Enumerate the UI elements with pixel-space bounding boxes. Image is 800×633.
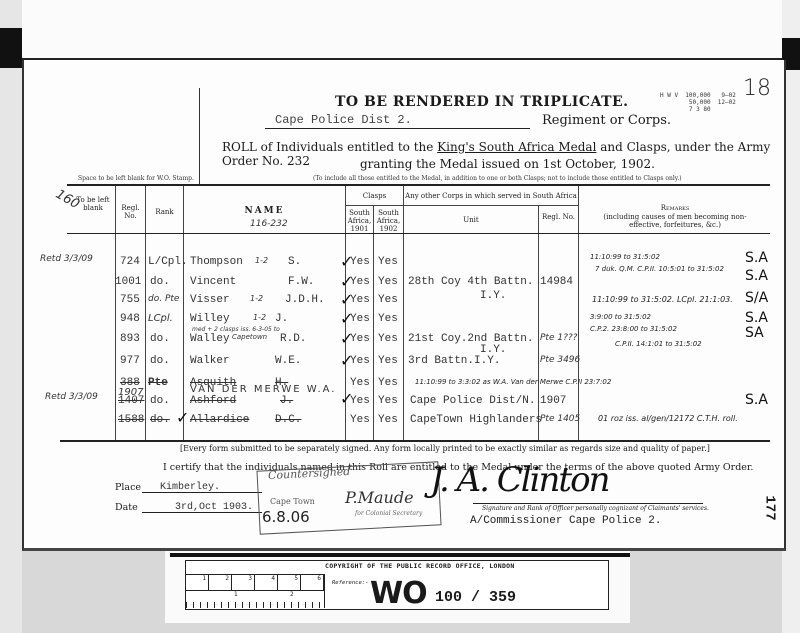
rank: do. Pte bbox=[148, 294, 179, 304]
clasp-1901: Yes bbox=[350, 256, 370, 268]
other-regl-no: 1907 bbox=[540, 395, 566, 407]
remarks: 11:10:99 to 31:5:02. LCpl. 21:1:03. bbox=[592, 295, 733, 304]
margin-note-retd-1: Retd 3/3/09 bbox=[40, 254, 93, 264]
regl-no: 948 bbox=[120, 313, 140, 325]
pro-label-bar bbox=[170, 553, 630, 557]
col-divider bbox=[373, 205, 374, 440]
remarks: 7 duk. Q.M. C.P.II. 10:5:01 to 31:5:02 bbox=[595, 265, 724, 273]
check-mark-icon: ✓ bbox=[176, 408, 189, 427]
sa-mark: S.A bbox=[745, 310, 768, 326]
other-unit: Cape Police Dist/N. bbox=[410, 395, 535, 407]
regl-no: 977 bbox=[120, 355, 140, 367]
reference-series: WO bbox=[370, 576, 427, 611]
corps-suffix: Regiment or Corps. bbox=[542, 113, 671, 128]
date-value: 3rd,Oct 1903. bbox=[175, 502, 253, 513]
signature-caption: Signature and Rank of Officer personally… bbox=[482, 505, 709, 512]
other-unit: 28th Coy 4th Battn. bbox=[408, 276, 533, 288]
subheader-rule bbox=[345, 205, 578, 206]
header-rank: Rank bbox=[146, 208, 183, 216]
initials: D.C. bbox=[275, 414, 301, 426]
rank: do. bbox=[150, 355, 170, 367]
other-unit: 21st Coy.2nd Battn. bbox=[408, 333, 533, 345]
surname: Ashford bbox=[190, 395, 236, 407]
surname: Walker bbox=[190, 355, 230, 367]
corps-value: Cape Police Dist 2. bbox=[275, 113, 412, 127]
ruler-mark: 3 bbox=[232, 575, 255, 590]
clasp-1902: Yes bbox=[378, 256, 398, 268]
stamp-area-divider bbox=[199, 88, 200, 184]
rank: do. bbox=[150, 395, 170, 407]
surname: Vincent bbox=[190, 276, 236, 288]
header-sa-1902: South Africa, 1902 bbox=[374, 209, 403, 233]
header-sa-1901: South Africa, 1901 bbox=[346, 209, 373, 233]
ruler-mark: 2 bbox=[209, 575, 232, 590]
form-note: [Every form submitted to be separately s… bbox=[180, 444, 710, 453]
reference-label: Reference:- bbox=[332, 580, 368, 586]
ruler-mark: 6 bbox=[301, 575, 324, 590]
other-unit-line2: I.Y. bbox=[480, 290, 506, 302]
header-other-corps: Any other Corps in which served in South… bbox=[404, 192, 578, 200]
surname: Walley bbox=[190, 333, 230, 345]
header-remarks-sub: (including causes of men becoming non-ef… bbox=[590, 213, 760, 229]
walley-annotation: med + 2 clasps iss. 6-3-05 to bbox=[192, 326, 280, 333]
name-note: Capetown bbox=[232, 333, 267, 341]
wo-stamp-note: Space to be left blank for W.O. Stamp. bbox=[78, 175, 194, 182]
header-remarks: Remarks bbox=[590, 204, 760, 212]
rank: do. bbox=[150, 276, 170, 288]
rank: do. bbox=[150, 414, 170, 426]
medal-name: King's South Africa Medal bbox=[437, 140, 596, 154]
remarks: 01 roz iss. al/gen/12172 C.T.H. roll. bbox=[598, 414, 738, 423]
signature-underline bbox=[473, 503, 703, 504]
previous-sheet-edge bbox=[22, 0, 782, 60]
surname: Allardice bbox=[190, 414, 249, 426]
scan-left-edge bbox=[0, 0, 22, 633]
surname: Visser bbox=[190, 294, 230, 306]
rank: Pte bbox=[148, 377, 168, 389]
date-label: Date bbox=[115, 502, 138, 513]
other-regl-no: Pte 1405 bbox=[540, 414, 580, 424]
clasp-1901: Yes bbox=[350, 414, 370, 426]
stamp-place: Cape Town bbox=[270, 497, 315, 506]
sa-mark: SA bbox=[745, 325, 764, 341]
header-regl-no: Regl. No. bbox=[116, 204, 145, 220]
sa-mark: S/A bbox=[745, 290, 768, 306]
col-divider bbox=[403, 186, 404, 440]
clasp-1902: Yes bbox=[378, 333, 398, 345]
stamp-date: 6.8.06 bbox=[262, 508, 310, 526]
table-top-rule bbox=[67, 184, 770, 186]
col-divider bbox=[115, 186, 116, 440]
clasp-1901: Yes bbox=[350, 313, 370, 325]
other-regl-no: 14984 bbox=[540, 276, 573, 288]
sa-mark: S.A bbox=[745, 392, 768, 408]
other-regl-no: Pte 1??? bbox=[540, 333, 577, 343]
roll-description-line2: granting the Medal issued on 1st October… bbox=[360, 157, 655, 171]
ruler-mark: 5 bbox=[278, 575, 301, 590]
scale-ruler: 1 2 3 4 5 6 1 2 bbox=[186, 574, 325, 608]
clasp-1901: Yes bbox=[350, 333, 370, 345]
margin-note-retd-2: Retd 3/3/09 bbox=[45, 392, 98, 402]
clasp-1902: Yes bbox=[378, 276, 398, 288]
clasp-1901: Yes bbox=[350, 377, 370, 389]
header-clasps: Clasps bbox=[346, 192, 403, 200]
ruler-mark: 2 bbox=[290, 591, 294, 598]
roll-text-a: ROLL of Individuals entitled to the bbox=[222, 140, 437, 154]
print-code: H W V 100,000 9—02 50,000 12—02 7 3 80 bbox=[660, 92, 736, 113]
ruler-mark: 1 bbox=[234, 591, 238, 598]
sa-mark: S.A bbox=[745, 250, 768, 266]
remarks: 11:10:99 to 3:3:02 as W.A. Van der Merwe… bbox=[415, 378, 611, 386]
folio-number-side: 177 bbox=[762, 495, 778, 520]
signature-rank: A/Commissioner Cape Police 2. bbox=[470, 515, 661, 527]
sa-mark: S.A bbox=[745, 268, 768, 284]
regl-no: 1588 bbox=[118, 414, 144, 426]
other-unit: 3rd Battn.I.Y. bbox=[408, 355, 500, 367]
name-note: 1-2 bbox=[250, 294, 263, 303]
officer-signature: J. A. Clinton bbox=[430, 460, 608, 500]
initials: W.E. bbox=[275, 355, 301, 367]
rank: L/Cpl. bbox=[148, 256, 188, 268]
name-header-annotation: 116-232 bbox=[250, 219, 288, 229]
col-divider bbox=[145, 186, 146, 440]
rank: LCpl. bbox=[148, 313, 173, 324]
clasp-1902: Yes bbox=[378, 377, 398, 389]
clasp-1902: Yes bbox=[378, 355, 398, 367]
regl-no: 1001 bbox=[115, 276, 141, 288]
initials: J. bbox=[280, 395, 293, 407]
other-regl-no: Pte 3496 bbox=[540, 355, 580, 365]
clasp-1901: Yes bbox=[350, 395, 370, 407]
col-divider bbox=[183, 186, 184, 440]
ruler-mark: 1 bbox=[186, 575, 209, 590]
regl-no: 755 bbox=[120, 294, 140, 306]
table-bottom-rule bbox=[60, 440, 770, 442]
initials: F.W. bbox=[288, 276, 314, 288]
roll-note: (To include all those entitled to the Me… bbox=[313, 175, 682, 182]
remarks: C.P.2. 23:8:00 to 31:5:02 bbox=[590, 325, 677, 333]
name-correction: VAN DER MERWE W.A. bbox=[190, 384, 336, 395]
header-name: NAME bbox=[184, 207, 345, 215]
initials: J.D.H. bbox=[285, 294, 325, 306]
clasp-1901: Yes bbox=[350, 355, 370, 367]
clasp-1901: Yes bbox=[350, 294, 370, 306]
rank: do. bbox=[150, 333, 170, 345]
clasp-1902: Yes bbox=[378, 395, 398, 407]
initials: J. bbox=[275, 313, 288, 325]
stamp-signature: P.Maude bbox=[345, 488, 414, 507]
col-divider bbox=[578, 186, 579, 440]
reference-piece: 100 / 359 bbox=[435, 589, 516, 606]
col-divider bbox=[538, 205, 539, 440]
folio-number-top: 18 bbox=[743, 76, 771, 101]
stamp-role: for Colonial Secretary bbox=[355, 510, 422, 517]
header-bottom-rule bbox=[67, 233, 770, 234]
name-note: 1-2 bbox=[253, 313, 266, 322]
place-value: Kimberley. bbox=[160, 482, 220, 493]
regl-no: 893 bbox=[120, 333, 140, 345]
header-other-regl-no: Regl. No. bbox=[539, 213, 578, 221]
initials: R.D. bbox=[280, 333, 306, 345]
initials: S. bbox=[288, 256, 301, 268]
ruler-mark: 4 bbox=[255, 575, 278, 590]
header-unit: Unit bbox=[404, 216, 538, 224]
clasp-1902: Yes bbox=[378, 294, 398, 306]
clasp-1902: Yes bbox=[378, 313, 398, 325]
clasp-1902: Yes bbox=[378, 414, 398, 426]
surname: Willey bbox=[190, 313, 230, 325]
document-title: TO BE RENDERED IN TRIPLICATE. bbox=[335, 94, 629, 110]
clasp-1901: Yes bbox=[350, 276, 370, 288]
place-label: Place bbox=[115, 482, 141, 493]
remarks: C.P.II. 14:1:01 to 31:5:02 bbox=[615, 340, 702, 348]
regl-no-struck: 1407 bbox=[118, 395, 144, 407]
name-note: 1-2 bbox=[255, 256, 268, 265]
remarks: 11:10:99 to 31:5:02 bbox=[590, 253, 660, 261]
regl-no: 724 bbox=[120, 256, 140, 268]
other-unit: CapeTown Highlanders bbox=[410, 414, 542, 426]
copyright-notice: COPYRIGHT OF THE PUBLIC RECORD OFFICE, L… bbox=[325, 562, 515, 570]
surname: Thompson bbox=[190, 256, 243, 268]
remarks: 3:9:00 to 31:5:02 bbox=[590, 313, 651, 321]
